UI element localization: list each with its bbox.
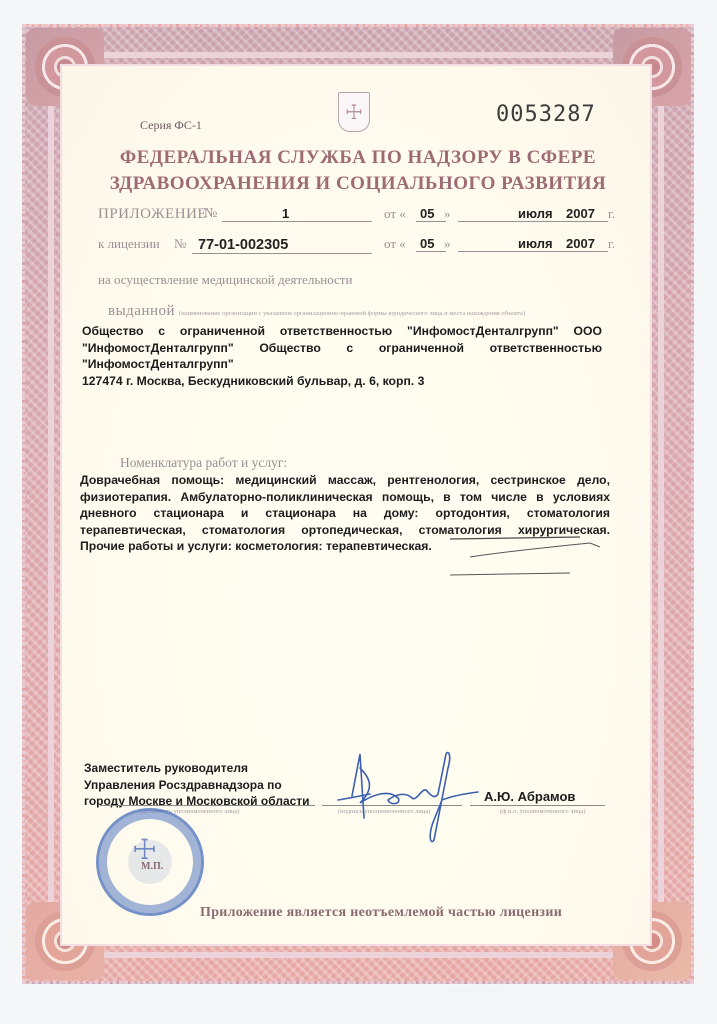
signatory-position: Заместитель руководителя Управления Росз…: [84, 760, 310, 810]
russian-coat-of-arms-icon: ☩: [338, 92, 370, 132]
nomenclature-line: физиотерапия. Амбулаторно-поликлиническа…: [80, 489, 610, 506]
name-caption: (ф.и.о. уполномоченного лица): [500, 808, 586, 815]
appendix-year-suffix: г.: [608, 206, 615, 222]
license-year-suffix: г.: [608, 236, 615, 252]
agency-title: ФЕДЕРАЛЬНАЯ СЛУЖБА ПО НАДЗОРУ В СФЕРЕ ЗД…: [80, 145, 636, 197]
title-line-1: ФЕДЕРАЛЬНАЯ СЛУЖБА ПО НАДЗОРУ В СФЕРЕ: [80, 145, 636, 171]
position-underline: [100, 805, 315, 806]
org-line: "ИнфомостДенталгрупп": [82, 356, 602, 373]
activity-type: на осуществление медицинской деятельност…: [98, 272, 352, 288]
serial-number: 0053287: [496, 102, 596, 127]
appendix-label: ПРИЛОЖЕНИЕ: [98, 206, 207, 222]
nomenclature-label: Номенклатура работ и услуг:: [120, 455, 287, 471]
organization-block: Общество с ограниченной ответственностью…: [82, 323, 602, 389]
org-line: Общество с ограниченной ответственностью…: [82, 323, 602, 340]
appendix-from-label: от «: [384, 206, 406, 222]
footer-note: Приложение является неотъемлемой частью …: [200, 905, 562, 921]
license-year: 2007: [558, 236, 603, 252]
appendix-number: 1: [222, 206, 372, 222]
series-label: Серия ФС-1: [140, 118, 202, 133]
stamp-mark-label: М.П.: [141, 861, 163, 872]
appendix-day: 05: [416, 206, 446, 222]
license-from-label: от «: [384, 236, 406, 252]
title-line-2: ЗДРАВООХРАНЕНИЯ И СОЦИАЛЬНОГО РАЗВИТИЯ: [80, 171, 636, 197]
issued-hint: (наименование организации с указанием ор…: [179, 310, 525, 317]
handwritten-signature: [330, 748, 480, 848]
position-line: Заместитель руководителя: [84, 760, 310, 777]
printer-imprint: · · · · · · · · · · · · · · ·: [450, 989, 507, 994]
name-underline: [470, 805, 605, 806]
license-day: 05: [416, 236, 446, 252]
org-address: 127474 г. Москва, Бескудниковский бульва…: [82, 373, 602, 390]
license-close-quote: »: [444, 236, 451, 252]
appendix-number-sign: №: [204, 206, 217, 222]
position-line: Управления Росздравнадзора по: [84, 777, 310, 794]
appendix-close-quote: »: [444, 206, 451, 222]
issued-label: выданной: [108, 303, 175, 319]
nomenclature-line: дневного стационара и стационара на дому…: [80, 505, 610, 522]
official-seal: ☩ М.П.: [96, 808, 204, 916]
license-label: к лицензии: [98, 236, 160, 251]
appendix-row: ПРИЛОЖЕНИЕ № 1 от « 05 » июля 2007 г.: [98, 206, 618, 226]
issued-label-row: выданной(наименование организации с указ…: [108, 303, 525, 320]
license-number: 77-01-002305: [192, 236, 372, 254]
license-row: к лицензии № 77-01-002305 от « 05 » июля…: [98, 236, 618, 256]
nomenclature-line: Доврачебная помощь: медицинский массаж, …: [80, 472, 610, 489]
handwritten-filler-strokes: [440, 525, 620, 585]
license-number-sign: №: [174, 236, 186, 252]
appendix-year: 2007: [558, 206, 603, 222]
org-line: "ИнфомостДенталгрупп" Общество с огранич…: [82, 340, 602, 357]
signatory-name: А.Ю. Абрамов: [484, 789, 575, 804]
